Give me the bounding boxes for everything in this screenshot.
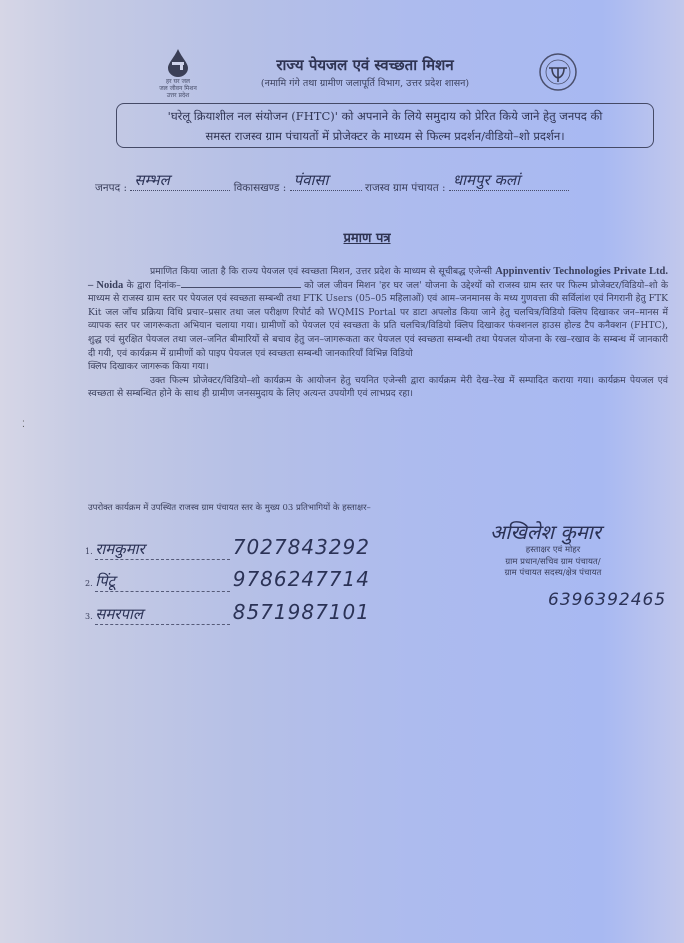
paragraph-1: प्रमाणित किया जाता है कि राज्य पेयजल एवं…	[88, 265, 668, 360]
district-value: सम्भल	[134, 170, 169, 190]
block-label: विकासखण्ड :	[234, 182, 287, 194]
panchayat-value: धामपुर कलां	[453, 170, 520, 190]
attendee-row: 3. समरपाल 8571987101	[85, 600, 445, 625]
document-title: राज्य पेयजल एवं स्वच्छता मिशन	[215, 55, 515, 75]
paper-mark: ⁚	[22, 420, 25, 430]
attendees-label: उपरोक्त कार्यक्रम में उपस्थित राजस्व ग्र…	[88, 502, 428, 514]
location-fields: जनपद : सम्भल विकासखण्ड : पंवासा राजस्व ग…	[95, 178, 684, 195]
attendee-phone: 8571987101	[233, 600, 370, 624]
har-ghar-jal-logo: हर घर जल जल जीवन मिशन उत्तर प्रदेश	[158, 48, 198, 108]
block-value: पंवासा	[294, 170, 329, 190]
subject-box: 'घरेलू क्रियाशील नल संयोजन (FHTC)' को अप…	[116, 103, 654, 148]
district-field[interactable]: सम्भल	[130, 178, 230, 191]
attendee-phone: 9786247714	[233, 567, 370, 591]
block-field[interactable]: पंवासा	[290, 178, 362, 191]
subject-line-1: 'घरेलू क्रियाशील नल संयोजन (FHTC)' को अप…	[117, 106, 653, 126]
attendee-row: 1. रामकुमार 7027843292	[85, 535, 445, 560]
signatory-phone: 6396392465	[548, 590, 666, 610]
subject-line-2: समस्त राजस्व ग्राम पंचायतों में प्रोजेक्…	[117, 126, 653, 146]
uttar-pradesh-seal-icon	[538, 52, 578, 92]
certificate-title: प्रमाण पत्र	[0, 228, 684, 246]
paragraph-1-end: क्लिप दिखाकर जागरूक किया गया।	[88, 360, 668, 374]
attendee-row: 2. पिंटू 9786247714	[85, 567, 445, 592]
attendee-signature: रामकुमार	[95, 539, 230, 560]
signatory-label: हस्ताक्षर एवं मोहर ग्राम प्रधान/सचिव ग्र…	[478, 545, 628, 580]
document-subtitle: (नमामि गंगे तथा ग्रामीण जलापूर्ति विभाग,…	[205, 76, 525, 89]
date-field[interactable]	[181, 279, 301, 288]
attendee-signature: समरपाल	[95, 604, 230, 625]
certificate-document: हर घर जल जल जीवन मिशन उत्तर प्रदेश राज्य…	[0, 0, 684, 943]
certificate-body: प्रमाणित किया जाता है कि राज्य पेयजल एवं…	[88, 265, 668, 401]
water-drop-tap-icon	[165, 48, 191, 78]
attendee-signature: पिंटू	[95, 571, 230, 592]
panchayat-label: राजस्व ग्राम पंचायत :	[365, 182, 446, 194]
paragraph-2: उक्त फिल्म प्रोजेक्टर/विडियो–शो कार्यक्र…	[88, 374, 668, 401]
attendee-phone: 7027843292	[233, 535, 370, 559]
district-label: जनपद :	[95, 182, 127, 194]
signatory-signature: अखिलेश कुमार	[490, 518, 601, 545]
panchayat-field[interactable]: धामपुर कलां	[449, 178, 569, 191]
